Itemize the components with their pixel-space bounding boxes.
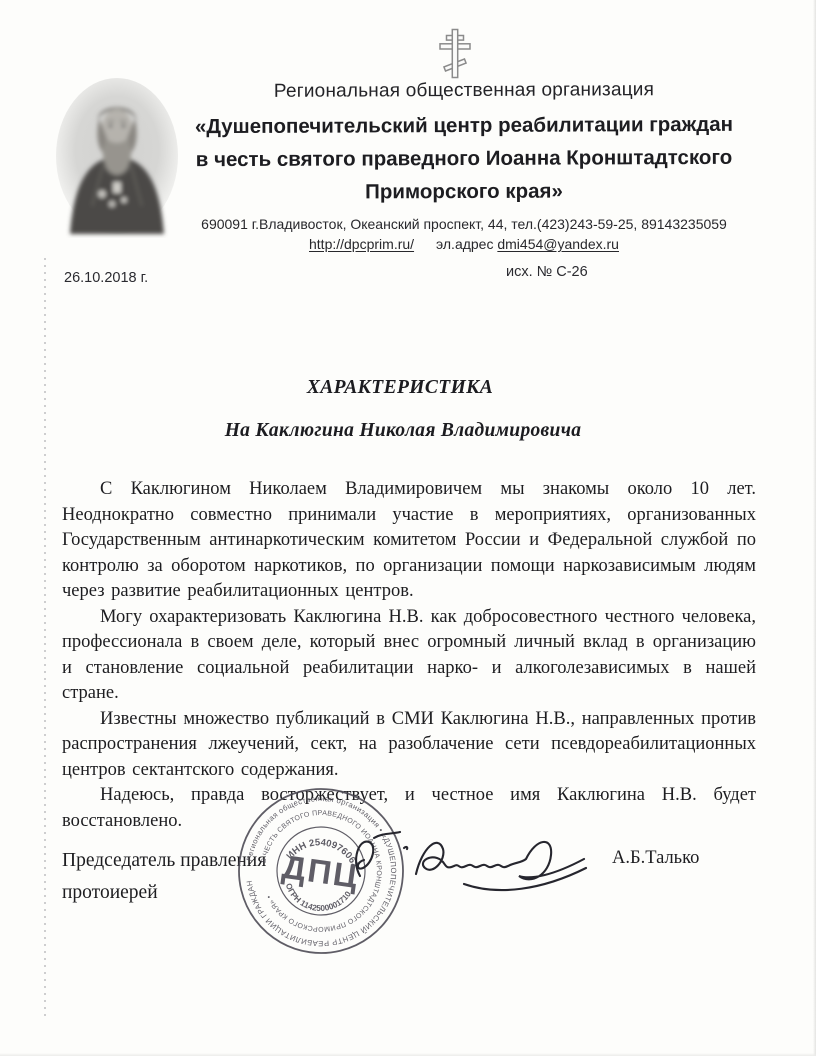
document-date: 26.10.2018 г. [64, 270, 148, 286]
document-subject: На Каклюгина Николая Владимировича [0, 420, 806, 442]
org-name-line-3: Приморского края» [186, 174, 742, 209]
body-paragraph: Известны множество публикаций в СМИ Какл… [62, 707, 756, 784]
org-type-line: Региональная общественная организация [186, 79, 742, 103]
email-link: dmi454@yandex.ru [497, 236, 619, 252]
document-title: ХАРАКТЕРИСТИКА [0, 377, 800, 399]
org-name-line-2: в честь святого праведного Иоанна Кроншт… [186, 141, 742, 176]
signer-position-line-2: протоиерей [62, 882, 158, 904]
scan-artifact-left-line [44, 258, 46, 1018]
org-address-line: 690091 г.Владивосток, Океанский проспект… [186, 216, 742, 232]
letterhead: Региональная общественная организация «Д… [186, 80, 742, 252]
orthodox-cross-icon [436, 28, 474, 82]
handwritten-signature [346, 818, 614, 908]
signer-name: А.Б.Талько [612, 848, 699, 869]
outgoing-ref-number: исх. № С-26 [506, 264, 588, 280]
body-paragraph: Могу охарактеризовать Каклюгина Н.В. как… [62, 605, 756, 707]
scanned-document-page: Региональная общественная организация «Д… [0, 0, 816, 1056]
body-paragraph: С Каклюгином Николаем Владимировичем мы … [62, 477, 756, 605]
org-contact-links: http://dpcprim.ru/эл.адрес dmi454@yandex… [186, 236, 742, 252]
document-body: С Каклюгином Николаем Владимировичем мы … [62, 477, 756, 834]
website-link: http://dpcprim.ru/ [309, 236, 414, 252]
email-label: эл.адрес [436, 236, 493, 252]
priest-portrait-photo [52, 76, 182, 238]
org-name-line-1: «Душепопечительский центр реабилитации г… [186, 108, 742, 143]
